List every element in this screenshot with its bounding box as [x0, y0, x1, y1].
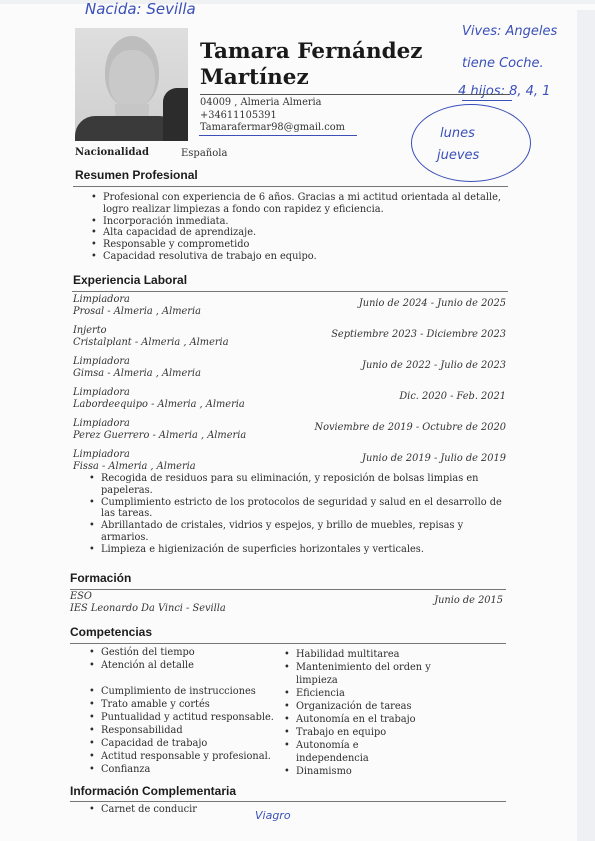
job-dates: Noviembre de 2019 - Octubre de 2020 — [315, 422, 507, 434]
list-item: Recogida de residuos para su eliminación… — [89, 473, 507, 497]
list-item: Capacidad de trabajo — [89, 737, 279, 750]
section-title-experience: Experiencia Laboral — [73, 273, 187, 287]
job-dates: Junio de 2022 - Julio de 2023 — [362, 360, 506, 372]
name-line-2: Martínez — [200, 65, 423, 91]
list-item: Dinamismo — [284, 765, 434, 778]
job-tasks-list: Recogida de residuos para su eliminación… — [89, 473, 507, 556]
handwritten-birthplace-note: Nacida: Sevilla — [85, 0, 196, 18]
list-item: Trabajo en equipo — [284, 726, 434, 739]
job-dates: Septiembre 2023 - Diciembre 2023 — [331, 329, 506, 341]
list-item: Habilidad multitarea — [284, 648, 434, 661]
list-item: Actitud responsable y profesional. — [89, 750, 279, 763]
handwritten-children-note: 4 hijos: 8, 4, 1 — [458, 84, 550, 99]
section-divider-skills — [70, 643, 506, 644]
candidate-name: Tamara Fernández Martínez — [200, 39, 423, 91]
list-item: Confianza — [89, 763, 279, 776]
job-entry: Limpiadora Labordeequipo - Almeria , Alm… — [73, 387, 506, 411]
list-item: Responsabilidad — [89, 724, 279, 737]
handwritten-underline-email — [199, 135, 357, 136]
skills-list-right: Habilidad multitarea Mantenimiento del o… — [284, 648, 434, 778]
list-item: Responsable y comprometido — [91, 239, 511, 251]
section-title-summary: Resumen Profesional — [75, 168, 198, 182]
section-title-extra: Información Complementaria — [70, 784, 236, 798]
list-item: Abrillantado de cristales, vidrios y esp… — [89, 520, 507, 544]
list-item: Cumplimiento estricto de los protocolos … — [89, 497, 507, 521]
section-title-skills: Competencias — [70, 625, 152, 639]
section-divider-extra — [70, 801, 506, 802]
list-item: Incorporación inmediata. — [91, 216, 511, 228]
list-item: Mantenimiento del orden y limpieza — [284, 661, 434, 687]
job-entry: Limpiadora Gimsa - Almeria , Almeria Jun… — [73, 356, 506, 380]
job-dates: Dic. 2020 - Feb. 2021 — [399, 391, 506, 403]
email[interactable]: Tamarafermar98@gmail.com — [200, 122, 345, 135]
list-item: Autonomía en el trabajo — [284, 713, 434, 726]
job-entry: Limpiadora Perez Guerrero - Almeria , Al… — [73, 418, 506, 442]
section-divider-summary — [73, 186, 508, 187]
job-entry: Limpiadora Prosal - Almeria , Almeria Ju… — [73, 294, 506, 318]
phone: +34611105391 — [200, 110, 345, 123]
list-item: Capacidad resolutiva de trabajo en equip… — [91, 251, 511, 263]
nationality-label: Nacionalidad — [75, 147, 149, 158]
handwritten-lives-note: Vives: Angeles — [462, 24, 557, 39]
job-dates: Junio de 2024 - Junio de 2025 — [359, 298, 506, 310]
list-item: Organización de tareas — [284, 700, 434, 713]
list-item: Limpieza e higienización de superficies … — [89, 544, 507, 556]
handwritten-monday-note: lunes — [440, 126, 475, 141]
name-line-1: Tamara Fernández — [200, 39, 423, 65]
scan-edge-right — [577, 10, 595, 841]
section-divider-education — [70, 589, 506, 590]
handwritten-thursday-note: jueves — [437, 148, 479, 163]
list-item: Profesional con experiencia de 6 años. G… — [91, 192, 511, 216]
profile-photo — [75, 28, 188, 141]
skills-list-left: Gestión del tiempo Atención al detalle C… — [89, 646, 279, 776]
section-title-education: Formación — [70, 571, 131, 585]
contact-block: 04009 , Almeria Almeria +34611105391 Tam… — [200, 97, 345, 135]
education-entry: ESO IES Leonardo Da Vinci - Sevilla Juni… — [70, 591, 503, 615]
name-divider — [200, 94, 510, 95]
handwritten-car-note: tiene Coche. — [462, 56, 544, 71]
job-dates: Junio de 2019 - Julio de 2019 — [362, 453, 506, 465]
list-item: Eficiencia — [284, 687, 434, 700]
job-entry: Injerto Cristalplant - Almeria , Almeria… — [73, 325, 506, 349]
job-entry: Limpiadora Fissa - Almeria , Almeria Jun… — [73, 449, 506, 473]
extra-list: Carnet de conducir — [89, 804, 389, 816]
list-item: Atención al detalle — [89, 659, 279, 672]
address: 04009 , Almeria Almeria — [200, 97, 345, 110]
list-item: Carnet de conducir — [89, 804, 389, 816]
handwritten-underline-children — [462, 100, 512, 101]
education-date: Junio de 2015 — [434, 595, 503, 607]
list-item: Alta capacidad de aprendizaje. — [91, 227, 511, 239]
section-divider-experience — [72, 291, 508, 292]
handwritten-circle — [411, 104, 531, 182]
list-item: Puntualidad y actitud responsable. — [89, 711, 279, 724]
list-item: Autonomía e independencia — [284, 739, 434, 765]
nationality-value: Española — [181, 148, 227, 159]
list-item: Trato amable y cortés — [89, 698, 279, 711]
list-item: Gestión del tiempo — [89, 646, 279, 659]
summary-list: Profesional con experiencia de 6 años. G… — [91, 192, 511, 263]
list-item: Cumplimiento de instrucciones — [89, 685, 279, 698]
